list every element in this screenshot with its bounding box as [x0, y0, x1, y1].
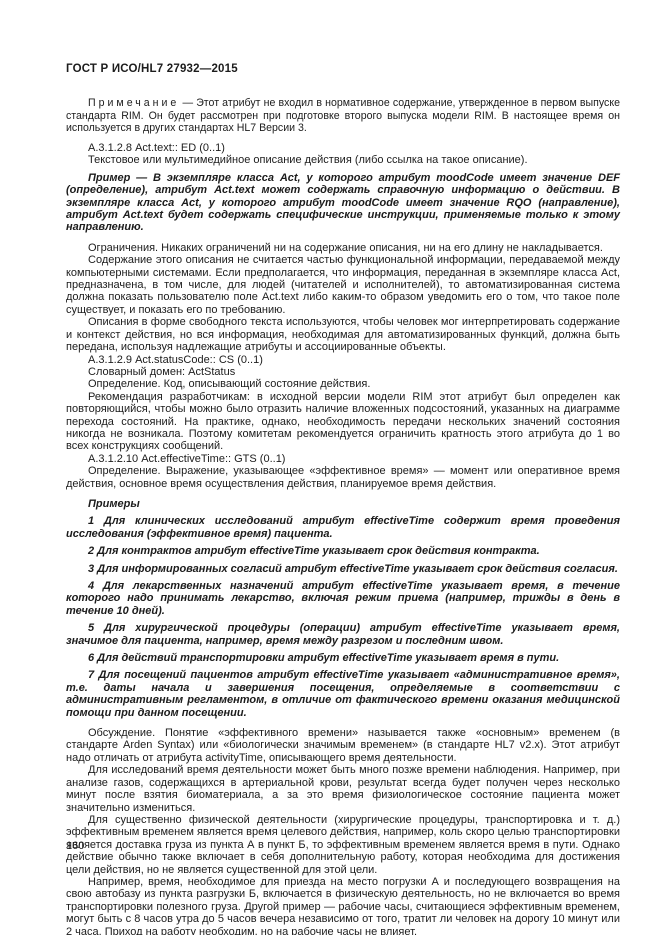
paragraph: Описания в форме свободного текста испол… [66, 316, 620, 353]
paragraph: Для исследований время деятельности може… [66, 764, 620, 814]
paragraph: Обсуждение. Понятие «эффективного времен… [66, 727, 620, 764]
attribute-definition-line: А.3.1.2.8 Act.text:: ED (0..1) [66, 142, 620, 154]
paragraph: Например, время, необходимое для приезда… [66, 876, 620, 935]
attribute-definition-line: А.3.1.2.10 Act.effectiveTime:: GTS (0..1… [66, 453, 620, 465]
example-item: 2 Для контрактов атрибут effectiveTime у… [66, 545, 620, 557]
page-number: 160 [66, 840, 84, 852]
paragraph: Текстовое или мультимедийное описание де… [66, 154, 620, 166]
paragraph: Ограничения. Никаких ограничений ни на с… [66, 242, 620, 254]
example-paragraph: Пример — В экземпляре класса Act, у кото… [66, 172, 620, 234]
document-page: ГОСТ Р ИСО/HL7 27932—2015 Примечание — Э… [0, 0, 661, 935]
paragraph: Рекомендация разработчикам: в исходной в… [66, 391, 620, 453]
example-item: 7 Для посещений пациентов атрибут effect… [66, 669, 620, 719]
example-item: 6 Для действий транспортировки атрибут e… [66, 652, 620, 664]
paragraph: Словарный домен: ActStatus [66, 366, 620, 378]
note-paragraph: Примечание — Этот атрибут не входил в но… [66, 97, 620, 134]
example-item: 4 Для лекарственных назначений атрибут e… [66, 580, 620, 617]
paragraph: Определение. Код, описывающий состояние … [66, 378, 620, 390]
paragraph: Определение. Выражение, указывающее «эфф… [66, 465, 620, 490]
example-item: 5 Для хирургической процедуры (операции)… [66, 622, 620, 647]
paragraph: Содержание этого описания не считается ч… [66, 254, 620, 316]
document-header: ГОСТ Р ИСО/HL7 27932—2015 [66, 63, 620, 75]
note-label: Примечание [88, 97, 179, 109]
paragraph: Для существенно физической деятельности … [66, 814, 620, 876]
example-item: 1 Для клинических исследований атрибут e… [66, 515, 620, 540]
attribute-definition-line: А.3.1.2.9 Act.statusCode:: CS (0..1) [66, 354, 620, 366]
examples-heading: Примеры [66, 498, 620, 510]
example-item: 3 Для информированных согласий атрибут e… [66, 563, 620, 575]
